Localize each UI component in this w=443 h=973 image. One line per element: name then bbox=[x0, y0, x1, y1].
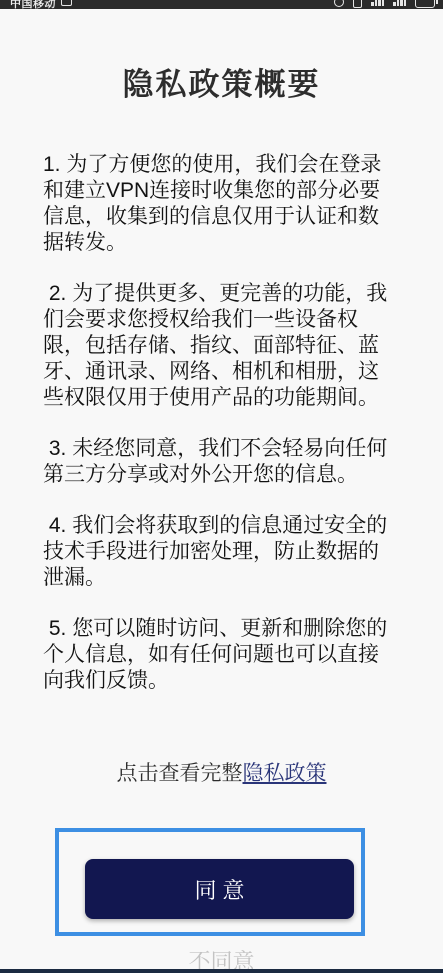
link-prefix-text: 点击查看完整 bbox=[117, 762, 243, 785]
carrier-label: 中国移动 bbox=[10, 0, 72, 9]
page-title: 隐私政策概要 bbox=[0, 65, 443, 105]
carrier-text: 中国移动 bbox=[10, 0, 56, 9]
full-policy-link-row: 点击查看完整隐私政策 bbox=[0, 761, 443, 787]
signal-icon bbox=[371, 0, 384, 6]
policy-paragraph-4: 4. 我们会将获取到的信息通过安全的技术手段进行加密处理，防止数据的泄漏。 bbox=[43, 513, 395, 591]
signal2-icon bbox=[393, 0, 406, 6]
policy-paragraph-2: 2. 为了提供更多、更完善的功能，我们会要求您授权给我们一些设备权限，包括存储、… bbox=[43, 281, 395, 411]
vibrate-icon bbox=[353, 0, 362, 8]
alarm-icon bbox=[334, 0, 344, 7]
status-icons bbox=[334, 0, 435, 8]
policy-summary-text: 1. 为了方便您的使用，我们会在登录和建立VPN连接时收集您的部分必要信息，收集… bbox=[0, 152, 443, 694]
status-text-fragment bbox=[61, 0, 72, 6]
policy-paragraph-3: 3. 未经您同意，我们不会轻易向任何第三方分享或对外公开您的信息。 bbox=[43, 436, 395, 488]
status-bar: 中国移动 bbox=[0, 0, 443, 9]
bottom-edge-bar bbox=[0, 969, 443, 973]
policy-paragraph-1: 1. 为了方便您的使用，我们会在登录和建立VPN连接时收集您的部分必要信息，收集… bbox=[43, 152, 395, 256]
battery-icon bbox=[415, 0, 435, 8]
agree-button-highlight-box: 同 意 bbox=[55, 828, 365, 936]
policy-paragraph-5: 5. 您可以随时访问、更新和删除您的个人信息，如有任何问题也可以直接向我们反馈。 bbox=[43, 616, 395, 694]
privacy-policy-link[interactable]: 隐私政策 bbox=[243, 762, 327, 785]
agree-button[interactable]: 同 意 bbox=[85, 859, 354, 919]
